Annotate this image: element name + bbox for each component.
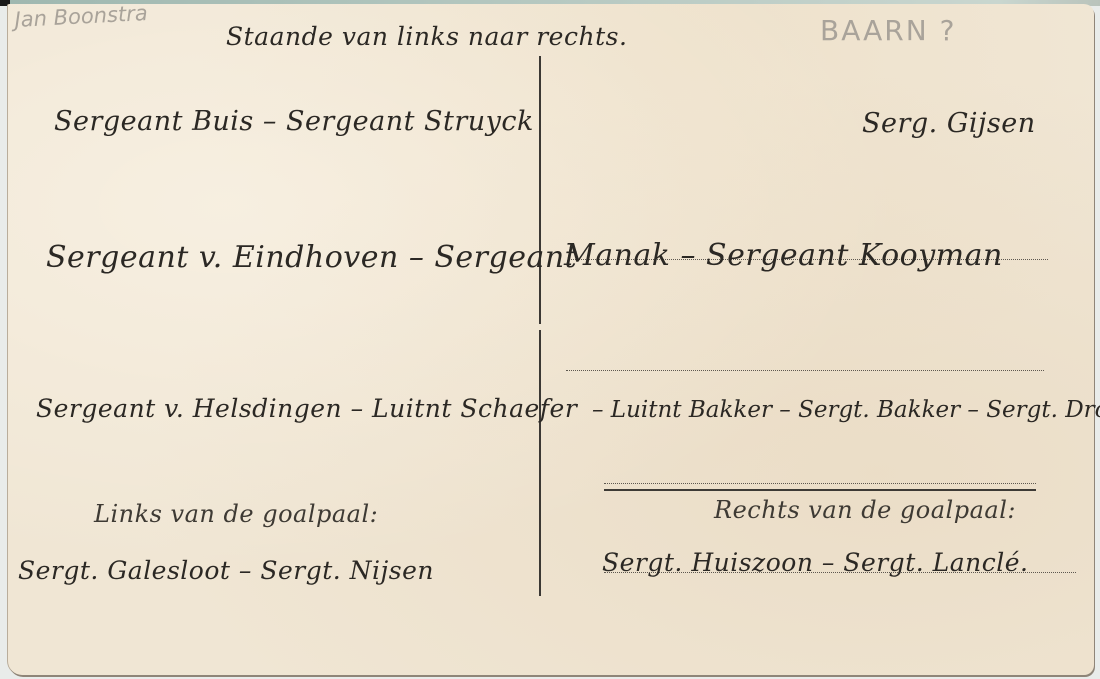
- row-1-left: Sergeant Buis – Sergeant Struyck: [54, 106, 534, 137]
- row-1-right: Serg. Gijsen: [862, 108, 1036, 139]
- postcard-back: Jan Boonstra BAARN ? Staande van links n…: [8, 4, 1094, 675]
- center-divider-line: [539, 56, 541, 324]
- left-goalpost-names: Sergt. Galesloot – Sergt. Nijsen: [18, 556, 434, 585]
- archivist-name-annotation: Jan Boonstra: [14, 1, 148, 32]
- row-2-left: Sergeant v. Eindhoven – Sergeant: [46, 240, 577, 275]
- address-line-3: [604, 483, 1036, 484]
- right-goalpost-names: Sergt. Huiszoon – Sergt. Lanclé.: [602, 548, 1028, 577]
- location-guess-annotation: BAARN ?: [820, 14, 956, 47]
- row-3-right: – Luitnt Bakker – Sergt. Bakker – Sergt.…: [592, 397, 1100, 423]
- row-2-right: Manak – Sergeant Kooyman: [564, 238, 1003, 273]
- right-goalpost-heading: Rechts van de goalpaal:: [714, 496, 1016, 524]
- address-line-2: [566, 370, 1044, 371]
- left-goalpost-heading: Links van de goalpaal:: [94, 500, 378, 528]
- heading-text: Staande van links naar rechts.: [226, 22, 627, 51]
- row-3-left: Sergeant v. Helsdingen – Luitnt Schaefer: [36, 394, 577, 423]
- center-divider-line-lower: [539, 330, 541, 596]
- address-line-4: [604, 489, 1036, 491]
